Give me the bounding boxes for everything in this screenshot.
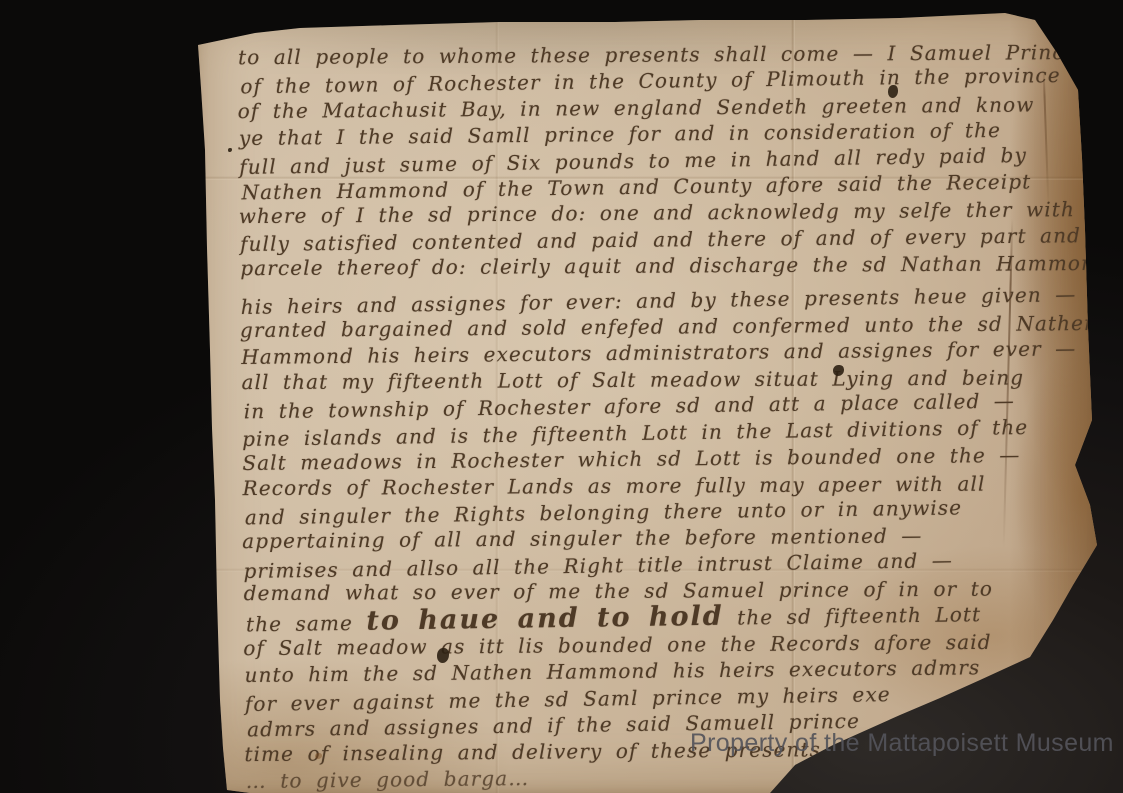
line-segment: the same: [246, 610, 367, 636]
watermark: Property of the Mattapoisett Museum: [690, 729, 1114, 758]
line-segment: the sd fifteenth Lott: [723, 602, 981, 630]
scanned-document-photo: to all people to whome these presents sh…: [0, 0, 1123, 793]
manuscript-paper: to all people to whome these presents sh…: [195, 8, 1100, 793]
margin-dot: [228, 148, 232, 152]
manuscript-text: to all people to whome these presents sh…: [238, 37, 1074, 793]
manuscript-line: parcele thereof do: cleirly aquit and di…: [240, 250, 1068, 281]
